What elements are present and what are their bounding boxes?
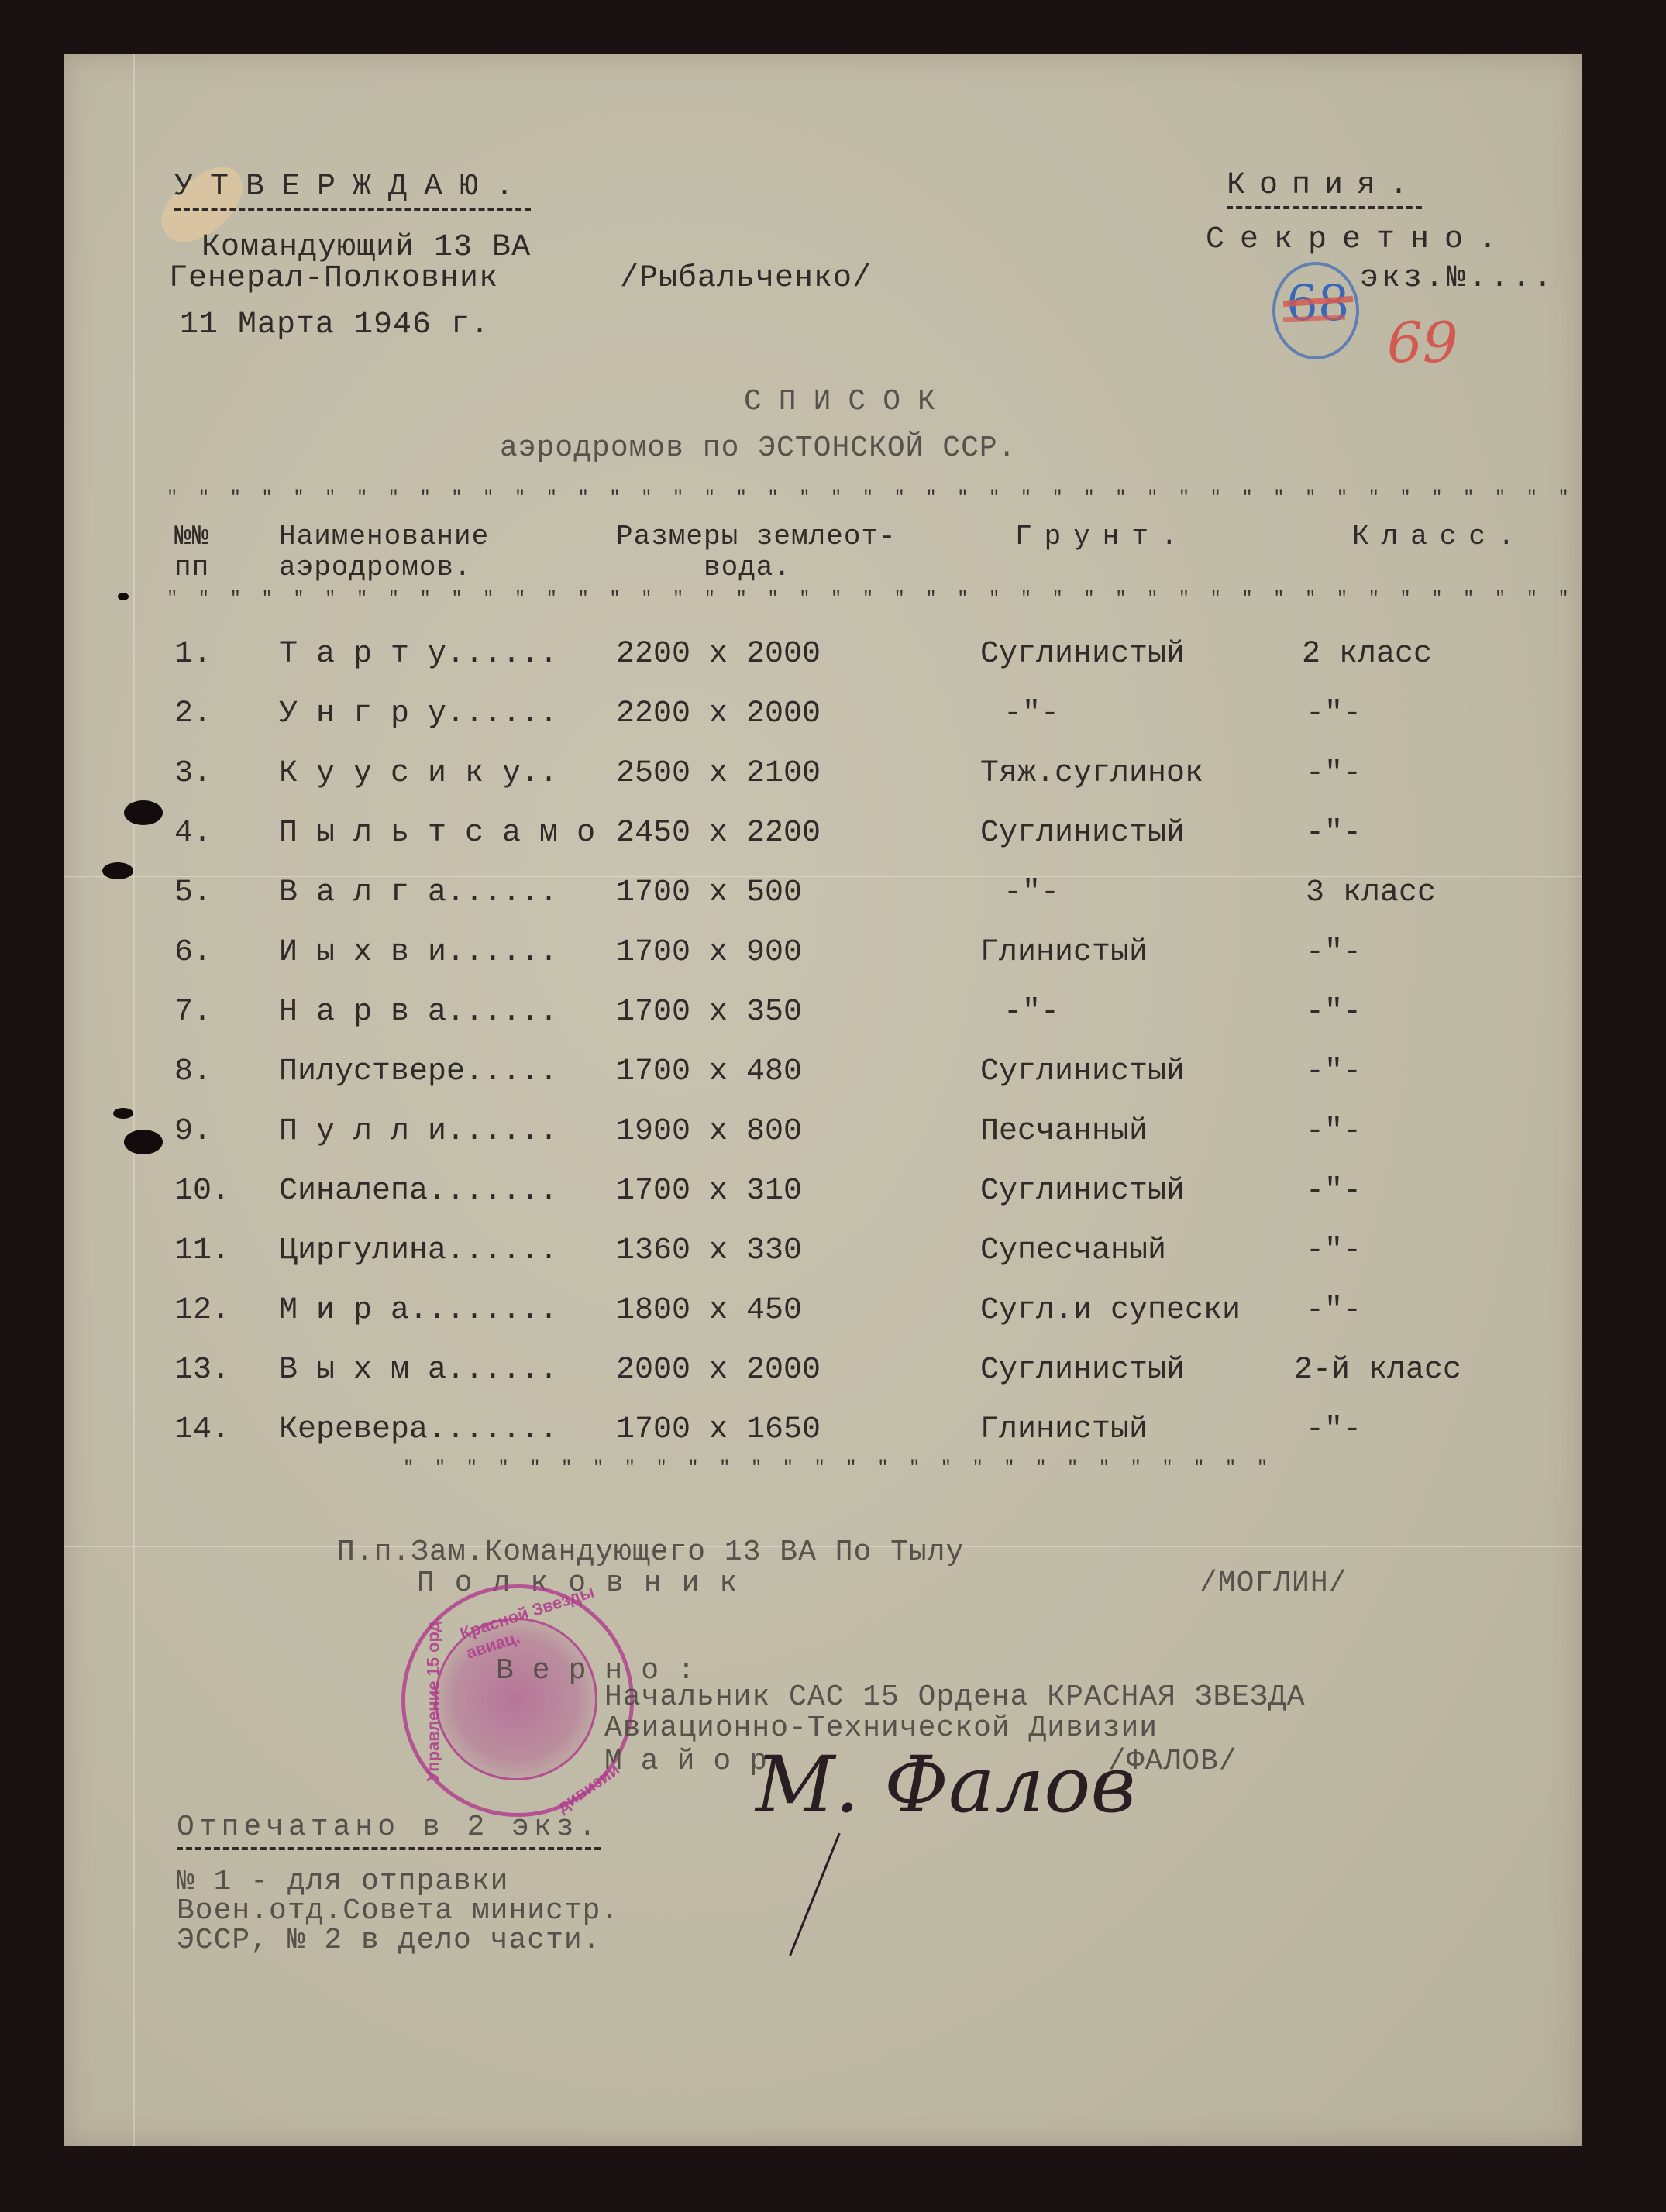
deputy-name: /МОГЛИН/ — [1200, 1569, 1347, 1598]
punch-hole — [118, 593, 129, 600]
airfield-class: -"- — [1306, 756, 1361, 791]
airfield-size: 1700 х 1650 — [616, 1412, 821, 1447]
document-subtitle: аэродромов по ЭСТОНСКОЙ ССР. — [500, 434, 1017, 463]
approval-date: 11 Марта 1946 г. — [180, 310, 490, 341]
handwritten-signature: М. Фалов — [756, 1739, 1136, 1830]
table-bottom-rule: " " " " " " " " " " " " " " " " " " " " … — [403, 1458, 1279, 1479]
airfield-name: Керевера....... — [279, 1412, 558, 1447]
airfield-size: 2000 х 2000 — [616, 1353, 821, 1388]
table-row: 7. Н а р в а...... 1700 х 350 -"- -"- — [174, 995, 1569, 1034]
airfield-name: П ы л ь т с а м о — [279, 816, 595, 851]
distribution-line-3: ЭССР, № 2 в дело части. — [177, 1926, 601, 1956]
table-row: 8. Пилуствере..... 1700 х 480 Суглинисты… — [174, 1054, 1569, 1093]
airfield-name: В ы х м а...... — [279, 1353, 558, 1388]
soil-type: Супесчаный — [980, 1233, 1166, 1268]
row-number: 14. — [174, 1412, 230, 1447]
col-header-num: пп — [174, 554, 209, 582]
paper-fold-line — [133, 54, 135, 2146]
table-row: 6. И ы х в и...... 1700 х 900 Глинистый … — [174, 935, 1569, 974]
table-row: 13. В ы х м а...... 2000 х 2000 Суглинис… — [174, 1353, 1569, 1392]
deputy-commander-title: П.п.Зам.Командующего 13 ВА По Тылу — [337, 1538, 964, 1567]
row-number: 13. — [174, 1353, 230, 1388]
document-title: СПИСОК — [744, 387, 952, 417]
distribution-line-1: № 1 - для отправки — [177, 1867, 508, 1897]
airfield-class: 2 класс — [1302, 637, 1432, 672]
row-number: 8. — [174, 1054, 212, 1089]
airfield-size: 2200 х 2000 — [616, 637, 821, 672]
row-number: 9. — [174, 1114, 212, 1149]
stamp-text-left: Управление 15 орд. — [424, 1616, 444, 1781]
printed-copies-label: Отпечатано в 2 экз. — [177, 1813, 601, 1850]
airfield-class: -"- — [1306, 1233, 1361, 1268]
soil-type: -"- — [1003, 697, 1059, 731]
airfield-size: 1700 х 350 — [616, 995, 802, 1030]
table-header-rule: " " " " " " " " " " " " " " " " " " " " … — [167, 589, 1592, 610]
airfield-class: -"- — [1306, 995, 1361, 1030]
table-row: 14. Керевера....... 1700 х 1650 Глинисты… — [174, 1412, 1569, 1451]
airfield-class: 2-й класс — [1294, 1353, 1461, 1388]
row-number: 3. — [174, 756, 212, 791]
row-number: 12. — [174, 1293, 230, 1328]
col-header-num: №№ — [174, 523, 209, 551]
table-row: 1. Т а р т у...... 2200 х 2000 Суглинист… — [174, 637, 1569, 676]
distribution-line-2: Воен.отд.Совета министр. — [177, 1897, 619, 1926]
soil-type: Суглинистый — [980, 1054, 1185, 1089]
soil-type: Песчанный — [980, 1114, 1148, 1149]
airfield-class: -"- — [1306, 1293, 1361, 1328]
airfield-class: -"- — [1306, 1054, 1361, 1089]
table-row: 5. В а л г а...... 1700 х 500 -"- 3 клас… — [174, 876, 1569, 914]
soil-type: Суглинистый — [980, 1353, 1185, 1388]
table-row: 3. К у у с и к у.. 2500 х 2100 Тяж.сугли… — [174, 756, 1569, 795]
airfield-name: П у л л и...... — [279, 1114, 558, 1149]
airfield-class: 3 класс — [1306, 876, 1436, 910]
row-number: 2. — [174, 697, 212, 731]
row-number: 11. — [174, 1233, 230, 1268]
airfield-class: -"- — [1306, 1174, 1361, 1209]
airfield-class: -"- — [1306, 1114, 1361, 1149]
row-number: 6. — [174, 935, 212, 970]
table-row: 10. Синалепа....... 1700 х 310 Суглинист… — [174, 1174, 1569, 1213]
airfield-size: 1700 х 310 — [616, 1174, 802, 1209]
airfield-name: Н а р в а...... — [279, 995, 558, 1030]
punch-hole — [124, 800, 163, 825]
table-row: 11. Циргулина...... 1360 х 330 Супесчаны… — [174, 1233, 1569, 1272]
copy-label: Копия. — [1227, 170, 1422, 209]
soil-type: Тяж.суглинок — [980, 756, 1203, 791]
col-header-size: Размеры землеот- — [616, 523, 897, 551]
commander-rank: Генерал-Полковник — [169, 263, 498, 294]
airfield-size: 1360 х 330 — [616, 1233, 802, 1268]
row-number: 7. — [174, 995, 212, 1030]
punch-hole — [124, 1130, 163, 1154]
soil-type: -"- — [1003, 995, 1059, 1030]
airfield-name: Синалепа....... — [279, 1174, 558, 1209]
table-top-rule: " " " " " " " " " " " " " " " " " " " " … — [167, 488, 1592, 509]
soil-type: -"- — [1003, 876, 1059, 910]
row-number: 5. — [174, 876, 212, 910]
airfield-size: 1700 х 500 — [616, 876, 802, 910]
commander-signatory: /Рыбальченко/ — [620, 263, 872, 294]
airfield-size: 1800 х 450 — [616, 1293, 802, 1328]
punch-hole — [113, 1108, 133, 1119]
airfield-name: М и р а........ — [279, 1293, 558, 1328]
table-row: 12. М и р а........ 1800 х 450 Сугл.и су… — [174, 1293, 1569, 1332]
airfield-size: 1700 х 900 — [616, 935, 802, 970]
secrecy-label: Секретно. — [1206, 225, 1513, 256]
handwritten-page-number: 69 — [1387, 310, 1458, 375]
airfield-name: Т а р т у...... — [279, 637, 558, 672]
col-header-class: Класс. — [1352, 523, 1527, 551]
soil-type: Глинистый — [980, 935, 1148, 970]
row-number: 4. — [174, 816, 212, 851]
airfield-name: Циргулина...... — [279, 1233, 558, 1268]
table-row: 2. У н г р у...... 2200 х 2000 -"- -"- — [174, 697, 1569, 735]
table-row: 4. П ы л ь т с а м о 2450 х 2200 Суглини… — [174, 816, 1569, 855]
approval-heading: УТВЕРЖДАЮ. — [174, 172, 531, 211]
airfield-class: -"- — [1306, 1412, 1361, 1447]
airfield-size: 2200 х 2000 — [616, 697, 821, 731]
airfield-name: И ы х в и...... — [279, 935, 558, 970]
soil-type: Глинистый — [980, 1412, 1148, 1447]
col-header-name: Наименование — [279, 523, 489, 551]
row-number: 1. — [174, 637, 212, 672]
col-header-name: аэродромов. — [279, 554, 472, 582]
airfield-name: В а л г а...... — [279, 876, 558, 910]
col-header-soil: Грунт. — [1015, 523, 1190, 551]
table-row: 9. П у л л и...... 1900 х 800 Песчанный … — [174, 1114, 1569, 1153]
punch-hole — [102, 862, 133, 879]
airfield-size: 1900 х 800 — [616, 1114, 802, 1149]
airfield-name: У н г р у...... — [279, 697, 558, 731]
airfield-size: 1700 х 480 — [616, 1054, 802, 1089]
airfield-size: 2500 х 2100 — [616, 756, 821, 791]
col-header-size: вода. — [704, 554, 791, 582]
airfield-size: 2450 х 2200 — [616, 816, 821, 851]
airfield-class: -"- — [1306, 697, 1361, 731]
airfield-class: -"- — [1306, 935, 1361, 970]
official-seal-stamp: Красной Звезды авиац. Управление 15 орд.… — [401, 1584, 634, 1817]
soil-type: Суглинистый — [980, 1174, 1185, 1209]
airfield-name: К у у с и к у.. — [279, 756, 558, 791]
chief-title-line1: Начальник САС 15 Ордена КРАСНАЯ ЗВЕЗДА — [604, 1683, 1306, 1712]
commander-title: Командующий 13 ВА — [201, 232, 531, 263]
copy-number-field: экз.№.... — [1360, 263, 1555, 294]
soil-type: Суглинистый — [980, 816, 1185, 851]
row-number: 10. — [174, 1174, 230, 1209]
airfield-name: Пилуствере..... — [279, 1054, 558, 1089]
airfield-class: -"- — [1306, 816, 1361, 851]
soil-type: Сугл.и супески — [980, 1293, 1241, 1328]
soil-type: Суглинистый — [980, 637, 1185, 672]
